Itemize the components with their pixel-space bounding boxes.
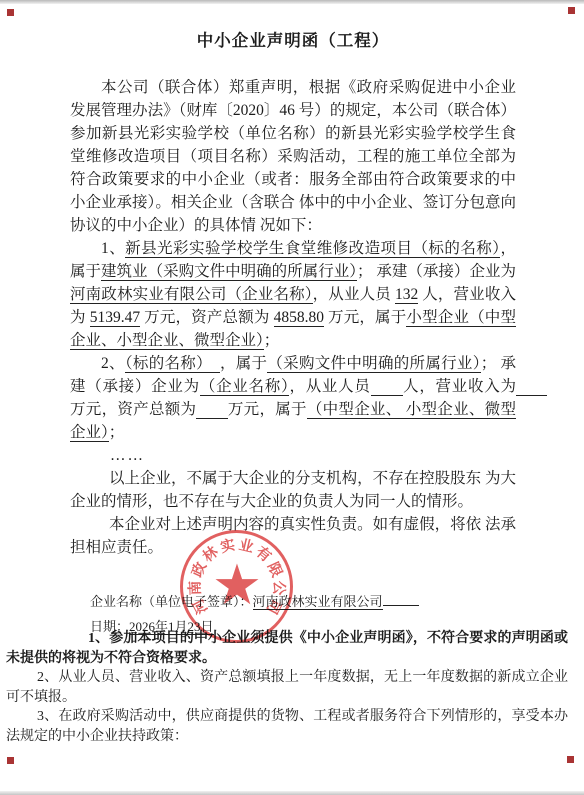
text-run: ，属于 bbox=[220, 355, 267, 372]
text-run: 人，营业收入为 bbox=[403, 378, 516, 395]
filled-field: （企业名称） bbox=[200, 378, 290, 396]
filled-field: 新县光彩实验学校学生食堂维修改造项目（标的名称） bbox=[125, 240, 500, 258]
page-bottom-edge bbox=[0, 791, 584, 795]
corner-mark bbox=[7, 9, 14, 16]
text-run: 万元，资产总额为 bbox=[70, 401, 196, 418]
intro-paragraph: 本公司（联合体）郑重声明，根据《政府采购促进中小企业发展管理办法》（财库〔202… bbox=[70, 76, 516, 237]
text-run: ，从业人员 bbox=[289, 378, 370, 395]
declaration-paragraph-2: 本企业对上述声明内容的真实性负责。如有虚假，将依 法承担相应责任。 bbox=[70, 513, 516, 559]
text-run: 1、 bbox=[101, 240, 125, 257]
text-run: ； bbox=[264, 332, 280, 349]
filled-field: 5139.47 bbox=[90, 309, 140, 327]
company-name-value: 河南政林实业有限公司 bbox=[253, 594, 383, 610]
corner-mark bbox=[7, 757, 14, 764]
text-run: 2、 bbox=[101, 355, 125, 372]
filled-field bbox=[196, 401, 228, 419]
declaration-paragraph-1: 以上企业，不属于大企业的分支机构，不存在控股股东 为大企业的情形，也不存在与大企… bbox=[70, 467, 516, 513]
note-item: 3、在政府采购活动中，供应商提供的货物、工程或者服务符合下列情形的，享受本办法规… bbox=[6, 707, 568, 746]
filled-field bbox=[371, 378, 403, 396]
text-run: ； bbox=[109, 424, 125, 441]
corner-mark bbox=[567, 756, 574, 763]
company-name-line: 企业名称（单位电子签章）：河南政林实业有限公司 bbox=[90, 589, 516, 614]
filled-field: 4858.80 bbox=[274, 309, 324, 327]
document-page: { "document": { "title": "中小企业声明函（工程）", … bbox=[0, 0, 584, 795]
page-top-edge bbox=[0, 0, 584, 4]
item-1-paragraph: 1、新县光彩实验学校学生食堂维修改造项目（标的名称），属于建筑业（采购文件中明确… bbox=[70, 237, 516, 352]
text-run: 万元，资产总额为 bbox=[140, 309, 274, 326]
underline-tail bbox=[383, 592, 419, 606]
text-run: ，从业人员 bbox=[313, 286, 395, 303]
notes-section: 1、参加本项目的中小企业须提供《中小企业声明函》，不符合要求的声明函或未提供的将… bbox=[6, 629, 568, 746]
page-title: 中小企业声明函（工程） bbox=[70, 29, 516, 52]
text-run: 万元，属于 bbox=[324, 309, 406, 326]
item-2-paragraph: 2、（标的名称） ，属于（采购文件中明确的所属行业）； 承建（承接）企业为（企业… bbox=[70, 352, 516, 444]
document-body: 中小企业声明函（工程） 本公司（联合体）郑重声明，根据《政府采购促进中小企业发展… bbox=[70, 29, 516, 639]
company-name-label: 企业名称（单位电子签章）： bbox=[90, 594, 253, 609]
text-run: ； 承建（承接）企业为 bbox=[357, 263, 516, 280]
ellipsis-line: …… bbox=[70, 444, 516, 467]
filled-field: （标的名称） bbox=[125, 355, 220, 373]
note-item: 2、从业人员、营业收入、资产总额填报上一年度数据，无上一年度数据的新成立企业可不… bbox=[6, 668, 568, 707]
filled-field: 建筑业（采购文件中明确的所属行业） bbox=[101, 263, 357, 281]
note-item: 1、参加本项目的中小企业须提供《中小企业声明函》，不符合要求的声明函或未提供的将… bbox=[6, 629, 568, 668]
filled-field: 河南政林实业有限公司（企业名称） bbox=[70, 286, 313, 304]
filled-field: 132 bbox=[395, 286, 418, 304]
filled-field bbox=[516, 378, 547, 396]
text-run: 万元，属于 bbox=[228, 401, 307, 418]
filled-field: （采购文件中明确的所属行业） bbox=[267, 355, 480, 373]
corner-mark bbox=[568, 7, 575, 14]
